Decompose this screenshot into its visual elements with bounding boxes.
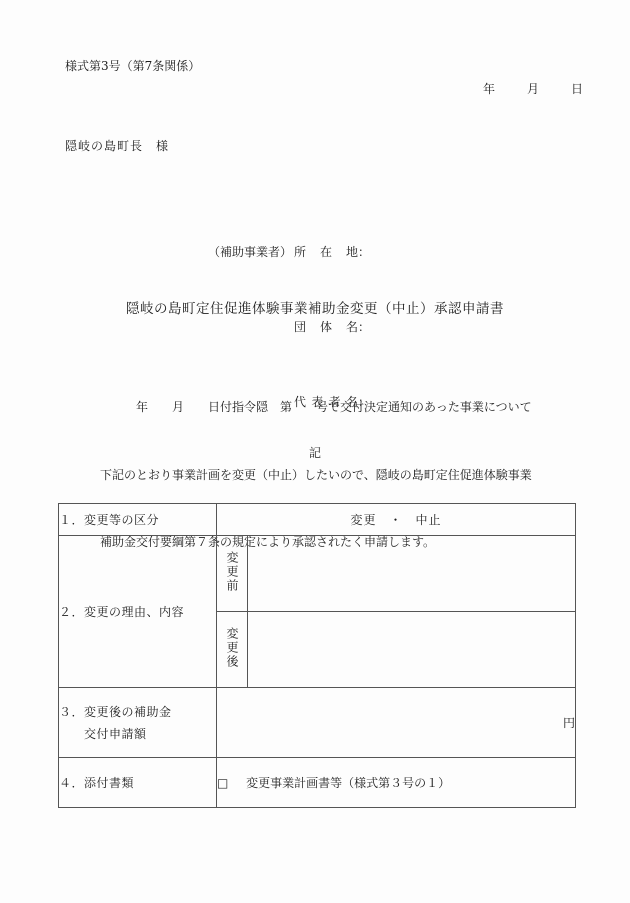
before-change-content-cell[interactable] (248, 536, 576, 612)
change-reason-row-before: ２．変更の理由、内容 変更前 (59, 536, 576, 612)
subsidy-amount-row: ３．変更後の補助金 交付申請額 円 (59, 688, 576, 758)
change-category-value[interactable]: 変更 ・ 中止 (217, 504, 576, 536)
application-table: １．変更等の区分 変更 ・ 中止 ２．変更の理由、内容 変更前 変更後 ３．変更… (58, 503, 576, 808)
address-label: 所在地 (294, 240, 358, 265)
attachment-item-label: 変更事業計画書等（様式第３号の１） (246, 776, 450, 790)
application-form-page: 様式第3号（第7条関係） 年 月 日 隠岐の島町長 様 （補助事業者） 所在地 … (0, 0, 630, 903)
attachment-checkbox[interactable]: □ (217, 776, 228, 790)
year-label: 年 (483, 80, 495, 97)
address-line: （補助事業者） 所在地 ： (208, 240, 370, 265)
body-line-2: 下記のとおり事業計画を変更（中止）したいので、隠岐の島町定住促進体験事業 (100, 464, 550, 487)
page-title: 隠岐の島町定住促進体験事業補助金変更（中止）承認申請書 (0, 297, 630, 317)
day-label: 日 (571, 80, 583, 97)
address-colon: ： (358, 240, 370, 265)
month-label: 月 (527, 80, 539, 97)
record-mark: 記 (0, 444, 630, 461)
after-change-content-cell[interactable] (248, 612, 576, 688)
after-change-header: 変更後 (217, 612, 248, 688)
subsidy-amount-label: ３．変更後の補助金 交付申請額 (59, 688, 217, 758)
yen-unit-label: 円 (563, 716, 575, 730)
change-reason-label: ２．変更の理由、内容 (59, 536, 217, 688)
date-line: 年 月 日 (483, 80, 583, 97)
change-category-label: １．変更等の区分 (59, 504, 217, 536)
body-line-1: 年 月 日付指令隠 第 号で交付決定通知のあった事業について (100, 396, 550, 419)
subsidy-amount-cell[interactable]: 円 (217, 688, 576, 758)
attachments-label: ４．添付書類 (59, 758, 217, 808)
before-change-header: 変更前 (217, 536, 248, 612)
attachments-cell: □ 変更事業計画書等（様式第３号の１） (217, 758, 576, 808)
change-category-row: １．変更等の区分 変更 ・ 中止 (59, 504, 576, 536)
organization-label: 団体名 (294, 315, 358, 340)
organization-line: 団体名 ： (208, 315, 370, 340)
organization-colon: ： (358, 315, 370, 340)
form-number: 様式第3号（第7条関係） (65, 57, 200, 74)
attachments-row: ４．添付書類 □ 変更事業計画書等（様式第３号の１） (59, 758, 576, 808)
applicant-prefix: （補助事業者） (208, 240, 294, 265)
addressee: 隠岐の島町長 様 (65, 137, 169, 154)
